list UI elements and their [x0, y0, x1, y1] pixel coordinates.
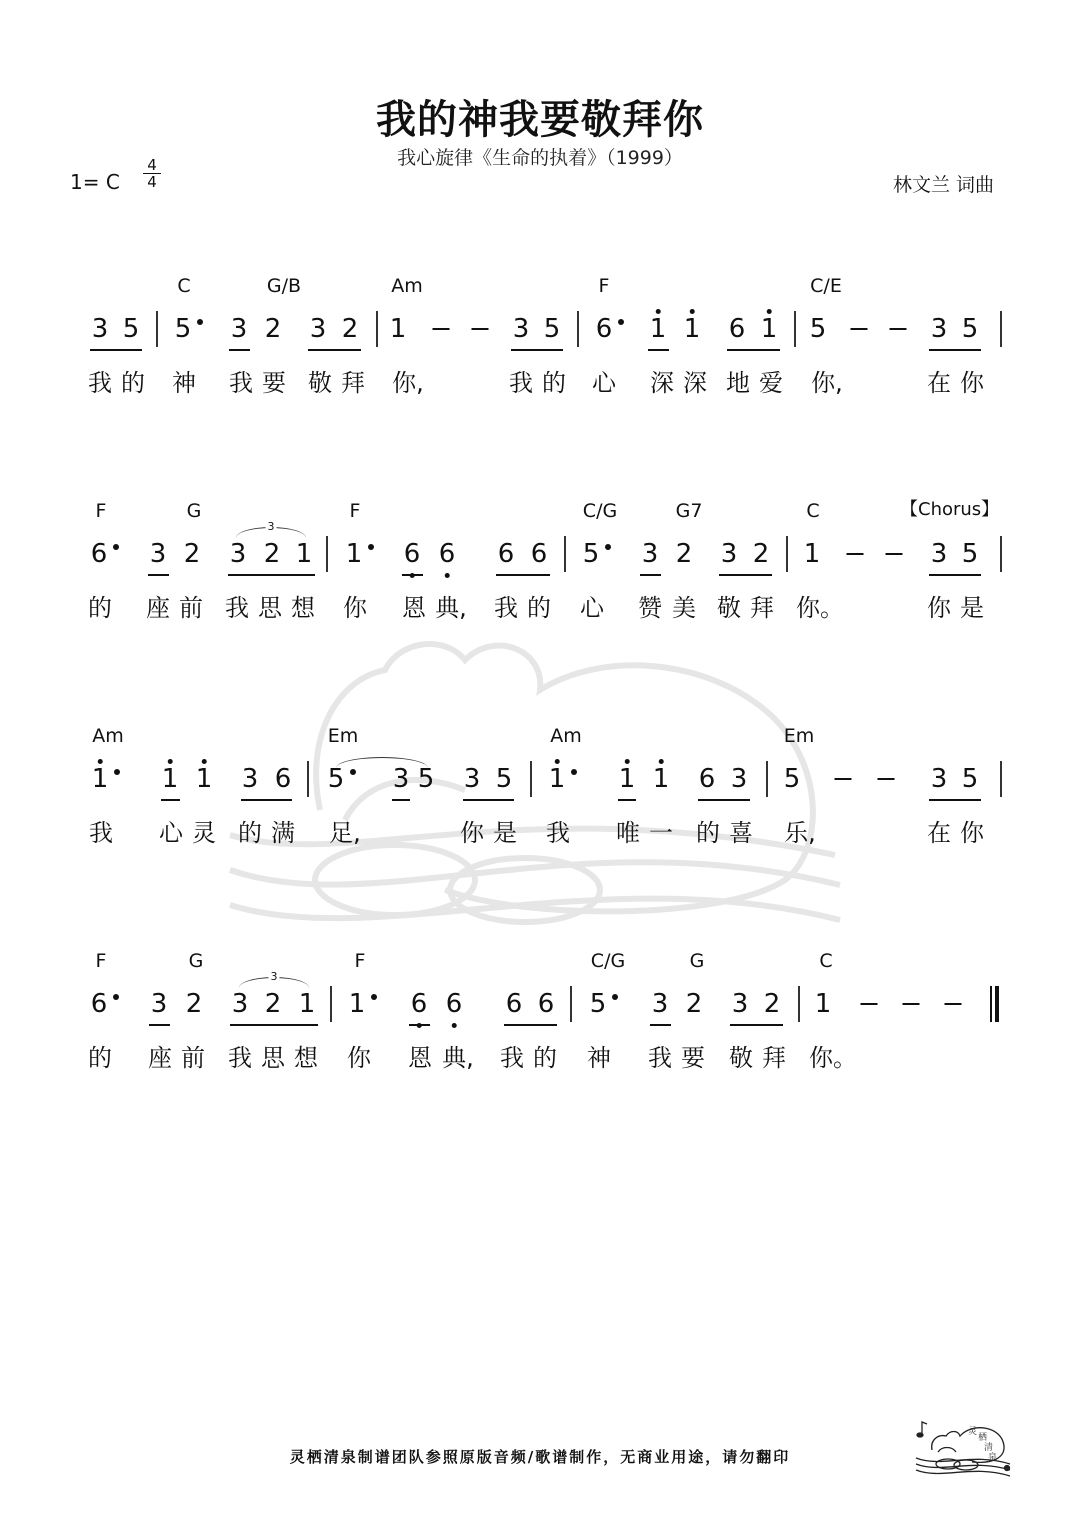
note-digit: 3 — [642, 539, 659, 569]
beam-underline — [504, 1024, 557, 1026]
sustain-dash — [472, 328, 489, 330]
note-digit: 2 — [264, 539, 281, 569]
chord-symbol: Em — [784, 725, 815, 747]
beam-underline — [308, 349, 361, 351]
score-row: CG/BAmFC/E355323213561161535我的神我要敬拜你,我的心… — [0, 275, 1080, 415]
note-digit: 6 — [91, 989, 108, 1019]
lyric-char: 要 — [681, 1038, 705, 1073]
jianpu-note: 2 — [186, 988, 203, 1020]
chord-symbol: C/G — [591, 950, 625, 972]
composer-credit: 林文兰 词曲 — [893, 170, 994, 197]
note-digit: 1 — [815, 989, 832, 1019]
note-digit: 2 — [342, 314, 359, 344]
beam-underline — [730, 1024, 783, 1026]
jianpu-note: 1 — [804, 538, 821, 570]
beam-underline — [496, 574, 550, 576]
beam-underline — [229, 349, 250, 351]
jianpu-note: 1 — [296, 538, 313, 570]
beam-underline — [511, 349, 563, 351]
octave-up-dot — [201, 759, 206, 764]
jianpu-note: 3 — [310, 313, 327, 345]
jianpu-note: 6 — [506, 988, 523, 1020]
chord-symbol: G — [189, 950, 204, 972]
lyric-char: 是 — [960, 588, 984, 623]
jianpu-note: 1 — [196, 763, 213, 795]
barline — [577, 311, 579, 347]
note-digit: 5 — [583, 539, 600, 569]
lyric-char: 地 — [726, 363, 750, 398]
barline — [326, 536, 328, 572]
jianpu-note: 6 — [699, 763, 716, 795]
jianpu-note: 2 — [264, 538, 281, 570]
beam-underline — [640, 574, 661, 576]
note-digit: 1 — [653, 764, 670, 794]
jianpu-note: 5 — [962, 313, 979, 345]
note-digit: 3 — [931, 314, 948, 344]
jianpu-note: 5 — [784, 763, 801, 795]
time-signature: 4 4 — [143, 158, 161, 189]
jianpu-note: 6 — [91, 538, 108, 570]
note-digit: 6 — [275, 764, 292, 794]
jianpu-note: 1 — [390, 313, 407, 345]
note-digit: 1 — [296, 539, 313, 569]
jianpu-note: 1 — [684, 313, 701, 345]
barline — [156, 311, 158, 347]
barline — [376, 311, 378, 347]
jianpu-note: 3 — [464, 763, 481, 795]
augmentation-dot — [113, 994, 119, 1000]
lyric-char: 深 — [650, 363, 674, 398]
jianpu-note: 3 — [732, 988, 749, 1020]
note-digit: 5 — [784, 764, 801, 794]
lyric-char: 足, — [329, 813, 361, 848]
note-digit: 1 — [804, 539, 821, 569]
note-digit: 2 — [686, 989, 703, 1019]
note-digit: 2 — [676, 539, 693, 569]
lyric-char: 敬 — [717, 588, 741, 623]
jianpu-note: 1 — [619, 763, 636, 795]
note-digit: 5 — [590, 989, 607, 1019]
beam-underline — [161, 799, 180, 801]
lyric-char: 敬 — [308, 363, 332, 398]
note-digit: 2 — [764, 989, 781, 1019]
lyric-char: 的 — [121, 363, 145, 398]
note-digit: 6 — [506, 989, 523, 1019]
note-digit: 2 — [184, 539, 201, 569]
sustain-dash — [886, 553, 903, 555]
jianpu-note: 3 — [231, 313, 248, 345]
jianpu-note: 6 — [411, 988, 428, 1020]
sustain-dash — [903, 1003, 920, 1005]
augmentation-dot — [618, 319, 624, 325]
lyric-char: 要 — [262, 363, 286, 398]
jianpu-note: 3 — [230, 538, 247, 570]
logo-char: 栖 — [978, 1431, 987, 1443]
song-title: 我的神我要敬拜你 — [0, 88, 1080, 145]
note-digit: 1 — [650, 314, 667, 344]
jianpu-note: 5 — [962, 538, 979, 570]
jianpu-note: 6 — [275, 763, 292, 795]
jianpu-note: 3 — [931, 313, 948, 345]
octave-up-dot — [624, 759, 629, 764]
jianpu-note: 6 — [91, 988, 108, 1020]
augmentation-dot — [113, 544, 119, 550]
lyric-char: 你 — [343, 588, 367, 623]
lyric-char: 座 — [148, 1038, 172, 1073]
lyric-char: 思 — [258, 588, 282, 623]
lyric-char: 拜 — [762, 1038, 786, 1073]
beam-underline — [228, 574, 315, 576]
note-digit: 5 — [496, 764, 513, 794]
lyric-char: 灵 — [192, 813, 216, 848]
octave-up-dot — [97, 759, 102, 764]
jianpu-note: 2 — [686, 988, 703, 1020]
lyric-char: 思 — [261, 1038, 285, 1073]
jianpu-note: 6 — [498, 538, 515, 570]
augmentation-dot — [571, 769, 577, 775]
lyric-char: 我 — [88, 363, 112, 398]
note-digit: 2 — [265, 314, 282, 344]
beam-underline — [392, 799, 410, 801]
note-digit: 5 — [418, 764, 435, 794]
score-row: FGFC/GG7C63232116666532321353的座前我思想你恩典,我… — [0, 500, 1080, 640]
jianpu-note: 3 — [242, 763, 259, 795]
chord-symbol: G — [690, 950, 705, 972]
jianpu-note: 2 — [184, 538, 201, 570]
lyric-char: 一 — [649, 813, 673, 848]
jianpu-note: 3 — [151, 988, 168, 1020]
note-digit: 1 — [390, 314, 407, 344]
chord-symbol: Am — [391, 275, 423, 297]
tie-slur — [336, 757, 428, 768]
chord-symbol: C/G — [583, 500, 617, 522]
note-digit: 6 — [439, 539, 456, 569]
augmentation-dot — [368, 544, 374, 550]
note-digit: 1 — [349, 989, 366, 1019]
note-digit: 3 — [731, 764, 748, 794]
beam-underline — [402, 574, 423, 576]
lyric-char: 拜 — [750, 588, 774, 623]
note-digit: 3 — [232, 989, 249, 1019]
beam-underline — [90, 349, 142, 351]
augmentation-dot — [350, 769, 356, 775]
beam-underline — [648, 349, 669, 351]
chord-symbol: C — [819, 950, 832, 972]
lyric-char: 的 — [527, 588, 551, 623]
jianpu-note: 6 — [439, 538, 456, 570]
lyric-char: 前 — [179, 588, 203, 623]
lyric-char: 神 — [587, 1038, 611, 1073]
note-digit: 2 — [753, 539, 770, 569]
lyric-char: 的 — [696, 813, 720, 848]
note-digit: 1 — [162, 764, 179, 794]
note-digit: 1 — [346, 539, 363, 569]
sustain-dash — [433, 328, 450, 330]
jianpu-note: 5 — [962, 763, 979, 795]
barline — [794, 311, 796, 347]
lyric-char: 喜 — [729, 813, 753, 848]
barline — [307, 761, 309, 797]
jianpu-note: 1 — [299, 988, 316, 1020]
jianpu-note: 1 — [549, 763, 566, 795]
note-digit: 6 — [531, 539, 548, 569]
jianpu-note: 2 — [265, 988, 282, 1020]
jianpu-note: 1 — [650, 313, 667, 345]
augmentation-dot — [114, 769, 120, 775]
lyric-char: 典, — [442, 1038, 474, 1073]
beam-underline — [698, 799, 750, 801]
sustain-dash — [835, 778, 852, 780]
note-digit: 6 — [91, 539, 108, 569]
sustain-dash — [878, 778, 895, 780]
note-digit: 5 — [962, 314, 979, 344]
note-digit: 6 — [411, 989, 428, 1019]
jianpu-note: 2 — [676, 538, 693, 570]
logo-char: 泉 — [988, 1451, 997, 1463]
beam-underline — [650, 1024, 671, 1026]
beam-underline — [241, 799, 292, 801]
lyric-char: 在 — [927, 363, 951, 398]
lyric-char: 心 — [592, 363, 616, 398]
jianpu-note: 1 — [349, 988, 366, 1020]
augmentation-dot — [197, 319, 203, 325]
note-digit: 5 — [123, 314, 140, 344]
lyric-char: 深 — [683, 363, 707, 398]
jianpu-note: 3 — [642, 538, 659, 570]
lyric-char: 的 — [88, 1038, 112, 1073]
jianpu-note: 5 — [175, 313, 192, 345]
jianpu-note: 1 — [346, 538, 363, 570]
sustain-dash — [847, 553, 864, 555]
jianpu-note: 6 — [596, 313, 613, 345]
chord-symbol: Em — [328, 725, 359, 747]
logo-char: 清 — [984, 1441, 993, 1453]
barline — [1000, 761, 1002, 797]
chord-symbol: C/E — [810, 275, 842, 297]
lyric-char: 我 — [546, 813, 570, 848]
chord-symbol: Am — [92, 725, 124, 747]
lyric-char: 我 — [228, 1038, 252, 1073]
section-label-chorus: 【Chorus】 — [900, 495, 999, 521]
time-signature-bottom: 4 — [143, 175, 161, 189]
beam-underline — [409, 1024, 430, 1026]
beam-underline — [463, 799, 514, 801]
note-digit: 6 — [404, 539, 421, 569]
sustain-dash — [861, 1003, 878, 1005]
jianpu-note: 1 — [162, 763, 179, 795]
octave-up-dot — [655, 309, 660, 314]
lyric-char: 恩 — [402, 588, 426, 623]
note-digit: 3 — [310, 314, 327, 344]
sheep-logo-icon: 灵 栖 清 泉 — [912, 1412, 1012, 1478]
chord-symbol: F — [96, 500, 107, 522]
time-signature-top: 4 — [143, 158, 161, 172]
score-row: FGFC/GGC632321166665323213的座前我思想你恩典,我的神我… — [0, 950, 1080, 1090]
lyric-char: 心 — [580, 588, 604, 623]
jianpu-note: 6 — [446, 988, 463, 1020]
jianpu-note: 1 — [815, 988, 832, 1020]
triplet-number: 3 — [266, 520, 277, 533]
lyric-char: 你, — [392, 363, 424, 398]
beam-underline — [618, 799, 636, 801]
beam-underline — [727, 349, 780, 351]
barline — [570, 986, 572, 1022]
beam-underline — [148, 574, 169, 576]
chord-symbol: G7 — [676, 500, 703, 522]
note-digit: 6 — [596, 314, 613, 344]
note-digit: 3 — [231, 314, 248, 344]
note-digit: 5 — [810, 314, 827, 344]
chord-symbol: C — [806, 500, 819, 522]
note-digit: 1 — [92, 764, 109, 794]
jianpu-note: 3 — [92, 313, 109, 345]
jianpu-note: 1 — [761, 313, 778, 345]
jianpu-note: 3 — [652, 988, 669, 1020]
lyric-char: 你。 — [809, 1038, 857, 1073]
octave-up-dot — [554, 759, 559, 764]
lyric-char: 想 — [294, 1038, 318, 1073]
chord-symbol: G — [187, 500, 202, 522]
jianpu-note: 5 — [496, 763, 513, 795]
note-digit: 6 — [498, 539, 515, 569]
beam-underline — [230, 1024, 318, 1026]
note-digit: 5 — [962, 764, 979, 794]
note-digit: 3 — [242, 764, 259, 794]
note-digit: 3 — [464, 764, 481, 794]
key-signature: 1= C — [70, 170, 120, 194]
lyric-char: 敬 — [729, 1038, 753, 1073]
lyric-char: 座 — [146, 588, 170, 623]
octave-up-dot — [766, 309, 771, 314]
note-digit: 6 — [538, 989, 555, 1019]
note-digit: 3 — [230, 539, 247, 569]
lyric-char: 我 — [494, 588, 518, 623]
sustain-dash — [890, 328, 907, 330]
augmentation-dot — [612, 994, 618, 1000]
octave-up-dot — [658, 759, 663, 764]
lyric-char: 前 — [181, 1038, 205, 1073]
chord-symbol: F — [350, 500, 361, 522]
note-digit: 5 — [544, 314, 561, 344]
lyric-char: 满 — [271, 813, 295, 848]
jianpu-note: 5 — [810, 313, 827, 345]
barline — [1000, 311, 1002, 347]
note-digit: 6 — [699, 764, 716, 794]
barline — [564, 536, 566, 572]
jianpu-note: 6 — [404, 538, 421, 570]
lyric-char: 你 — [460, 813, 484, 848]
beam-underline — [149, 1024, 170, 1026]
note-digit: 6 — [446, 989, 463, 1019]
note-digit: 3 — [652, 989, 669, 1019]
lyric-char: 爱 — [759, 363, 783, 398]
lyric-char: 拜 — [341, 363, 365, 398]
chord-symbol: F — [599, 275, 610, 297]
lyric-char: 是 — [493, 813, 517, 848]
note-digit: 1 — [684, 314, 701, 344]
note-digit: 3 — [92, 314, 109, 344]
jianpu-note: 1 — [653, 763, 670, 795]
lyric-char: 你。 — [796, 588, 844, 623]
chord-symbol: Am — [550, 725, 582, 747]
note-digit: 1 — [299, 989, 316, 1019]
lyric-char: 典, — [435, 588, 467, 623]
jianpu-note: 2 — [342, 313, 359, 345]
jianpu-note: 2 — [753, 538, 770, 570]
lyric-char: 的 — [542, 363, 566, 398]
lyric-char: 我 — [89, 813, 113, 848]
chord-symbol: C — [177, 275, 190, 297]
lyric-char: 你 — [960, 363, 984, 398]
barline — [798, 986, 800, 1022]
jianpu-note: 3 — [931, 763, 948, 795]
jianpu-note: 3 — [513, 313, 530, 345]
note-digit: 3 — [721, 539, 738, 569]
lyric-char: 乐, — [784, 813, 816, 848]
note-digit: 5 — [328, 764, 345, 794]
jianpu-note: 2 — [764, 988, 781, 1020]
augmentation-dot — [605, 544, 611, 550]
score-row: AmEmAmEm111365353511163535我心灵的满足,你是我唯一的喜… — [0, 725, 1080, 865]
lyric-char: 我 — [648, 1038, 672, 1073]
lyric-char: 你, — [811, 363, 843, 398]
chord-symbol: G/B — [267, 275, 301, 297]
lyric-char: 的 — [88, 588, 112, 623]
beam-underline — [719, 574, 772, 576]
note-digit: 3 — [732, 989, 749, 1019]
jianpu-note: 3 — [150, 538, 167, 570]
lyric-char: 在 — [927, 813, 951, 848]
note-digit: 1 — [619, 764, 636, 794]
lyric-char: 你 — [927, 588, 951, 623]
note-digit: 5 — [175, 314, 192, 344]
sustain-dash — [851, 328, 868, 330]
jianpu-note: 3 — [931, 538, 948, 570]
jianpu-note: 5 — [583, 538, 600, 570]
jianpu-note: 6 — [531, 538, 548, 570]
beam-underline — [929, 574, 981, 576]
note-digit: 3 — [931, 539, 948, 569]
jianpu-note: 5 — [590, 988, 607, 1020]
lyric-char: 我 — [509, 363, 533, 398]
jianpu-note: 6 — [538, 988, 555, 1020]
note-digit: 3 — [931, 764, 948, 794]
lyric-char: 恩 — [408, 1038, 432, 1073]
lyric-char: 你 — [347, 1038, 371, 1073]
chord-symbol: F — [355, 950, 366, 972]
lyric-char: 的 — [533, 1038, 557, 1073]
lyric-char: 神 — [172, 363, 196, 398]
octave-up-dot — [689, 309, 694, 314]
barline — [1000, 536, 1002, 572]
triplet-number: 3 — [269, 970, 280, 983]
note-digit: 1 — [549, 764, 566, 794]
final-barline-thick — [995, 986, 999, 1022]
barline — [530, 761, 532, 797]
note-digit: 3 — [151, 989, 168, 1019]
chord-symbol: F — [96, 950, 107, 972]
lyric-char: 我 — [500, 1038, 524, 1073]
octave-down-dot — [444, 573, 449, 578]
note-digit: 1 — [196, 764, 213, 794]
beam-underline — [929, 799, 981, 801]
lyric-char: 美 — [672, 588, 696, 623]
lyric-char: 赞 — [638, 588, 662, 623]
jianpu-note: 2 — [265, 313, 282, 345]
barline — [330, 986, 332, 1022]
note-digit: 1 — [761, 314, 778, 344]
jianpu-note: 3 — [232, 988, 249, 1020]
